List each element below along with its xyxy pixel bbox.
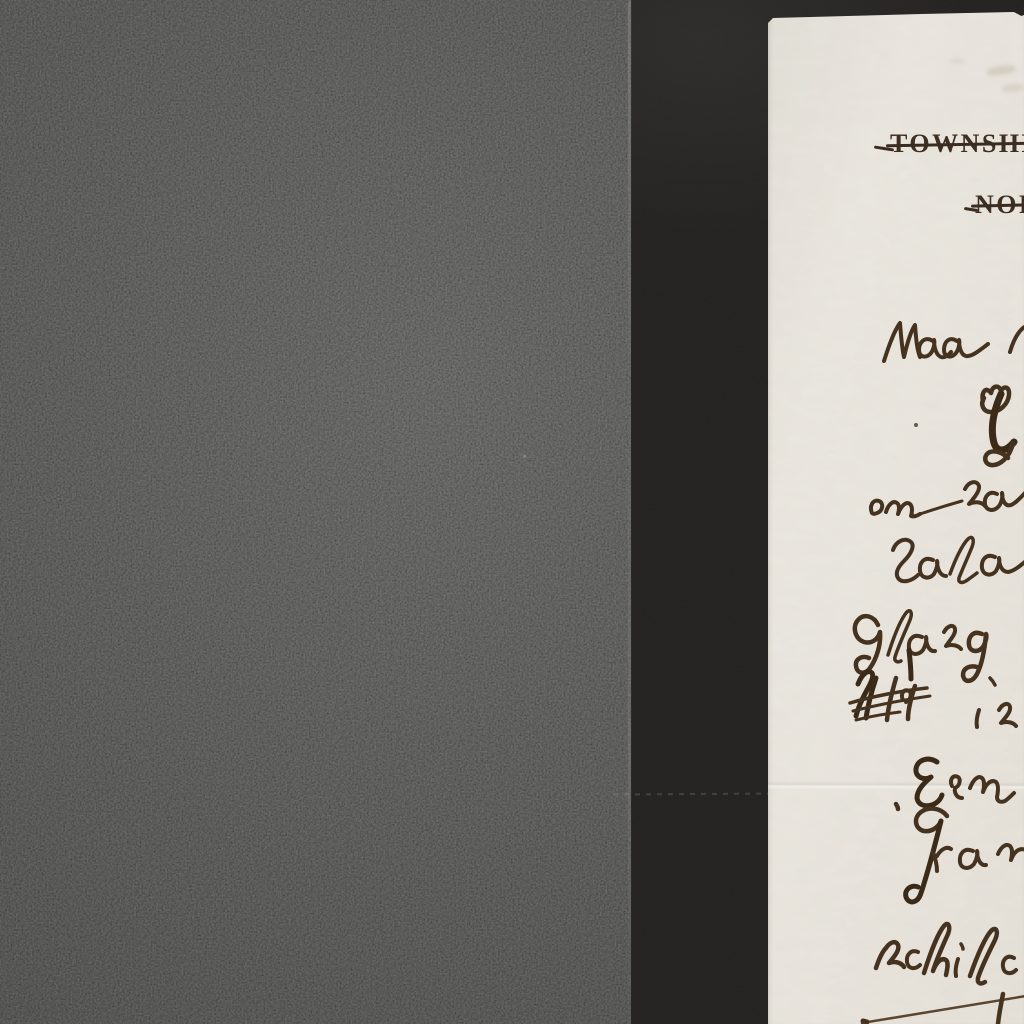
dust-speck [212,158,214,160]
paper-fold-crease [768,781,1024,791]
card-cut-edge-highlight [628,0,631,1024]
ink-speck [914,423,918,427]
ink-showthrough [950,58,966,64]
letter-photograph: TOWNSHE NOR [0,0,1024,1024]
dust-speck [416,804,418,806]
dust-speck [523,455,526,458]
letter-paper: TOWNSHE NOR [768,0,1024,1024]
